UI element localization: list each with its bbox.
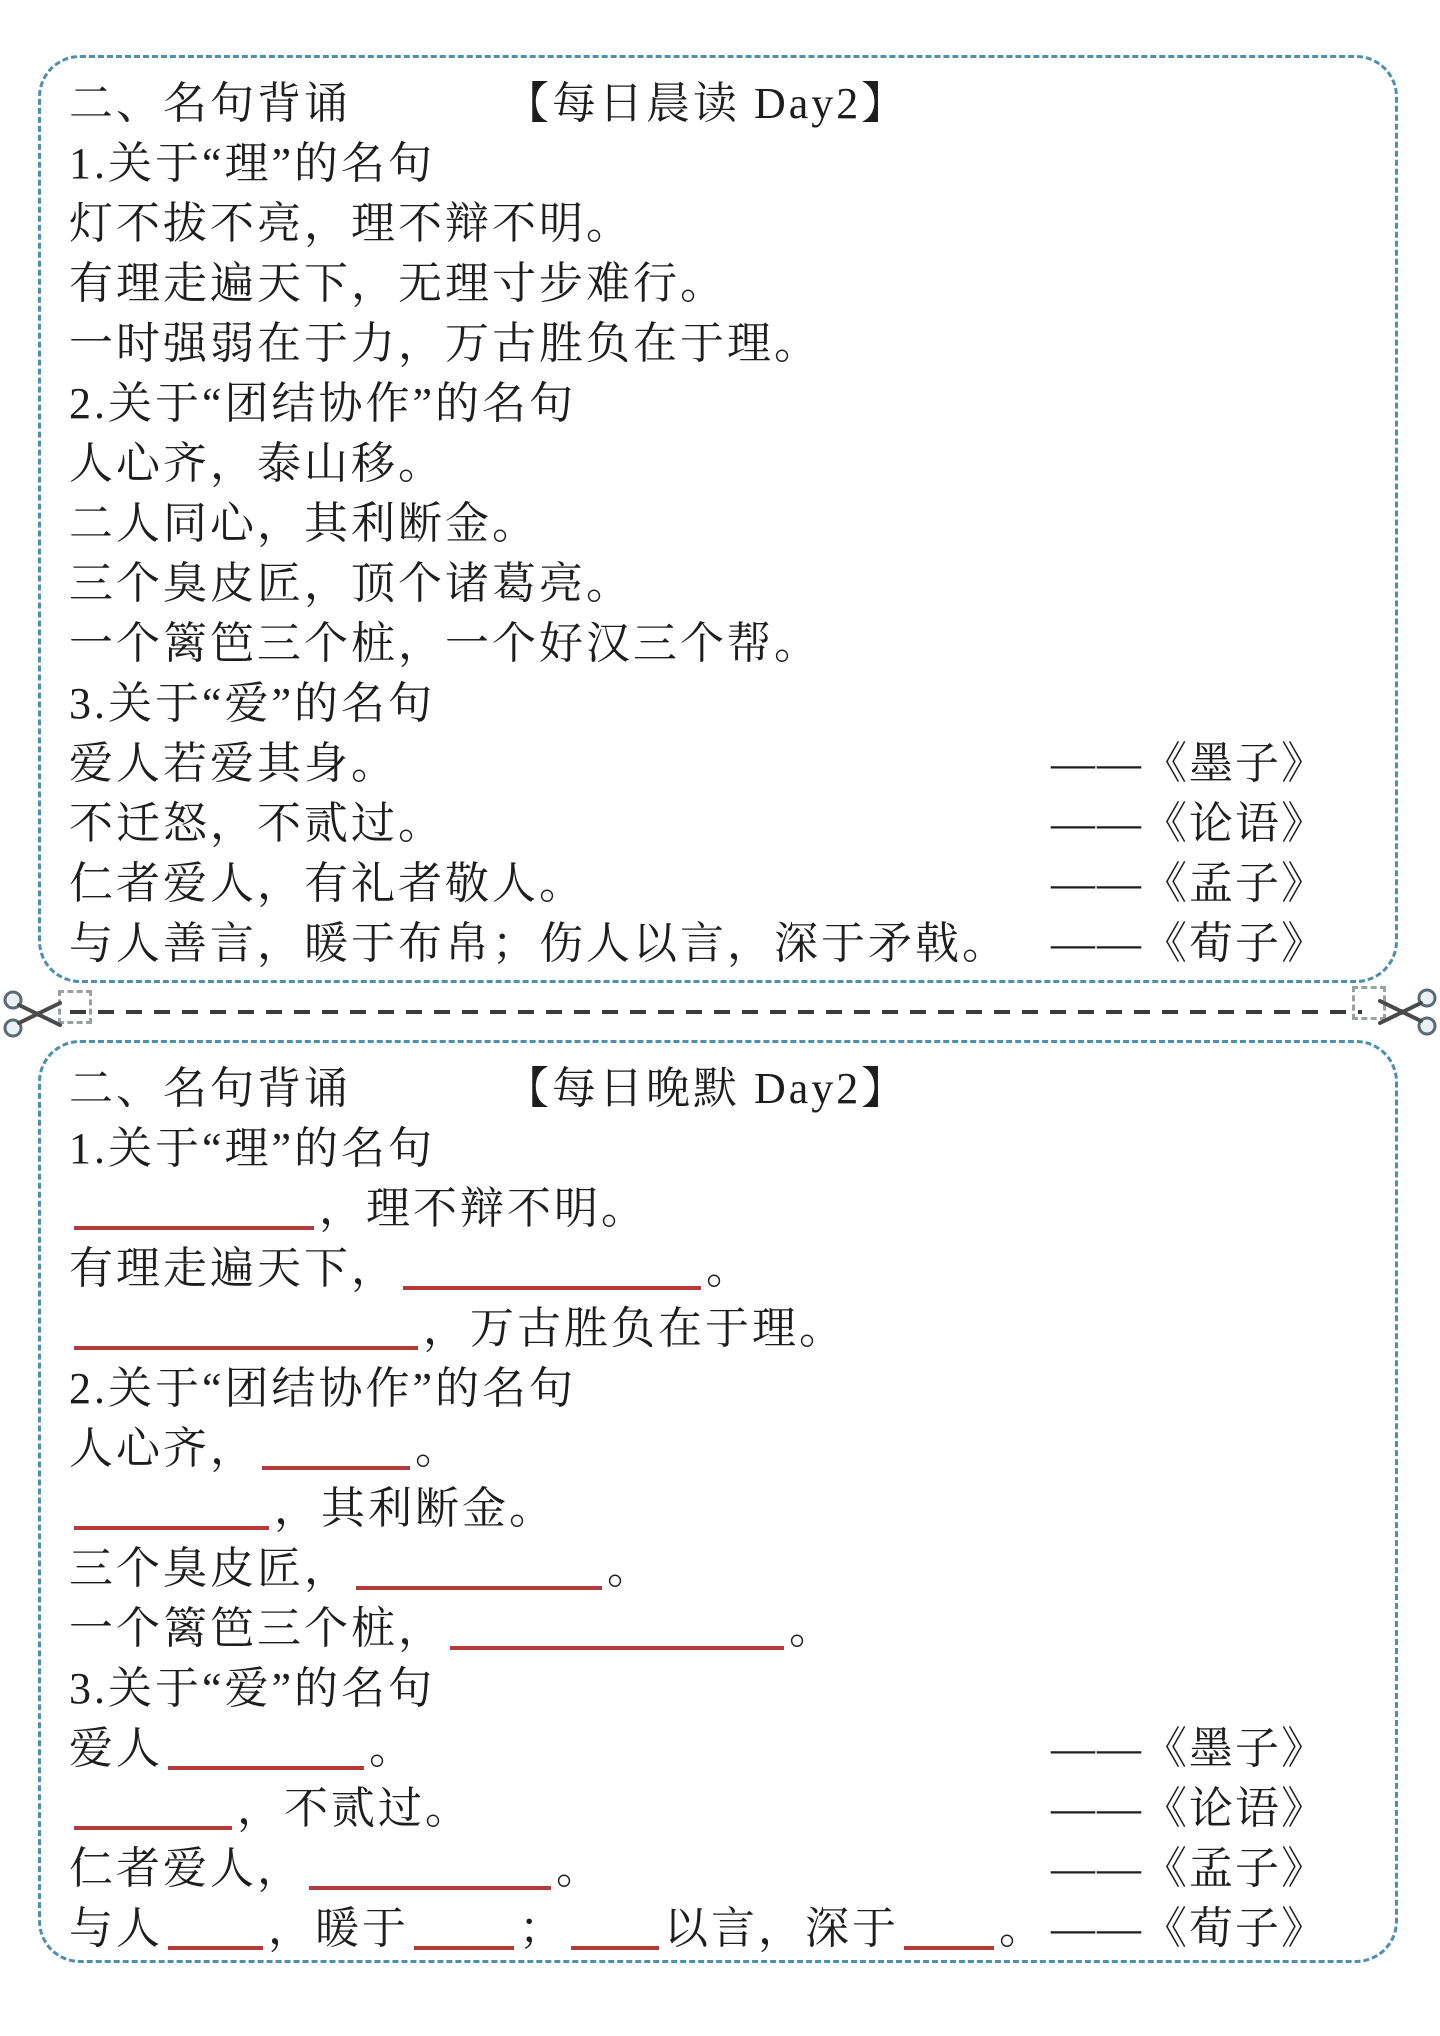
quote-line: 人心齐，泰山移。 [69, 434, 1359, 494]
quote-line: ，其利断金。 [69, 1479, 1359, 1539]
answer-blank [74, 1346, 418, 1350]
morning-reading-panel: 二、名句背诵 【每日晨读 Day2】 1.关于“理”的名句灯不拔不亮，理不辩不明… [38, 55, 1398, 983]
quote-text: ，理不辩不明。 [319, 1179, 648, 1239]
quote-text: ，不贰过。 [237, 1779, 472, 1839]
quote-text: 有理走遍天下，无理寸步难行。 [69, 254, 727, 314]
quote-text: 2.关于“团结协作”的名句 [69, 374, 576, 434]
quote-text: 仁者爱人，有礼者敬人。 [69, 854, 586, 914]
quote-line: 仁者爱人，。——《孟子》 [69, 1839, 1359, 1899]
answer-blank [74, 1826, 232, 1830]
answer-blank [168, 1766, 364, 1770]
quote-line: ，万古胜负在于理。 [69, 1299, 1359, 1359]
cut-dashed-line [70, 1010, 1362, 1014]
source-attribution: ——《论语》 [1051, 1779, 1327, 1839]
source-attribution: ——《孟子》 [1051, 1839, 1327, 1899]
quote-text: 3.关于“爱”的名句 [69, 674, 435, 734]
quote-line: 1.关于“理”的名句 [69, 134, 1359, 194]
quote-text: 二人同心，其利断金。 [69, 494, 539, 554]
answer-blank [904, 1946, 994, 1950]
quote-text: 1.关于“理”的名句 [69, 1119, 435, 1179]
answer-blank [168, 1946, 263, 1950]
quote-line: 3.关于“爱”的名句 [69, 1659, 1359, 1719]
evening-dictation-panel: 二、名句背诵 【每日晚默 Day2】 1.关于“理”的名句，理不辩不明。有理走遍… [38, 1040, 1398, 1963]
scissors-icon-left [2, 985, 66, 1043]
quote-text: 灯不拔不亮，理不辩不明。 [69, 194, 633, 254]
quote-line: 3.关于“爱”的名句 [69, 674, 1359, 734]
answer-blank [74, 1526, 269, 1530]
quote-line: 二人同心，其利断金。 [69, 494, 1359, 554]
quote-text: 有理走遍天下， [69, 1239, 398, 1299]
quote-text: 2.关于“团结协作”的名句 [69, 1359, 576, 1419]
quote-text: 一个篱笆三个桩， [69, 1599, 445, 1659]
quote-line: 仁者爱人，有礼者敬人。——《孟子》 [69, 854, 1359, 914]
answer-blank [262, 1466, 410, 1470]
quote-text: 。 [415, 1419, 462, 1479]
quote-line: 三个臭皮匠，。 [69, 1539, 1359, 1599]
quote-text: 。 [706, 1239, 753, 1299]
quote-line: 有理走遍天下，。 [69, 1239, 1359, 1299]
quote-line: 灯不拔不亮，理不辩不明。 [69, 194, 1359, 254]
quote-line: 三个臭皮匠，顶个诸葛亮。 [69, 554, 1359, 614]
quote-line: 1.关于“理”的名句 [69, 1119, 1359, 1179]
quote-line: 2.关于“团结协作”的名句 [69, 374, 1359, 434]
panel-header: 二、名句背诵 【每日晚默 Day2】 [69, 1059, 1359, 1119]
quote-line: 与人，暖于；以言，深于。——《荀子》 [69, 1899, 1359, 1959]
quote-text: 与人 [69, 1899, 163, 1959]
quote-line: 一个篱笆三个桩，一个好汉三个帮。 [69, 614, 1359, 674]
quote-text: 三个臭皮匠， [69, 1539, 351, 1599]
quote-text: ，万古胜负在于理。 [423, 1299, 846, 1359]
worksheet-page: 二、名句背诵 【每日晨读 Day2】 1.关于“理”的名句灯不拔不亮，理不辩不明… [0, 0, 1440, 2036]
day-tag: 【每日晨读 Day2】 [505, 74, 908, 134]
quote-text: 3.关于“爱”的名句 [69, 1659, 435, 1719]
quote-text: 不迁怒，不贰过。 [69, 794, 445, 854]
answer-blank [571, 1946, 659, 1950]
quote-line: 一个篱笆三个桩，。 [69, 1599, 1359, 1659]
day-tag: 【每日晚默 Day2】 [505, 1059, 908, 1119]
quote-line: 爱人。——《墨子》 [69, 1719, 1359, 1779]
quote-text: 以言，深于 [664, 1899, 899, 1959]
panel-header: 二、名句背诵 【每日晨读 Day2】 [69, 74, 1359, 134]
quote-text: 人心齐，泰山移。 [69, 434, 445, 494]
quote-text: 一个篱笆三个桩，一个好汉三个帮。 [69, 614, 821, 674]
source-attribution: ——《墨子》 [1051, 734, 1327, 794]
quote-line: 爱人若爱其身。——《墨子》 [69, 734, 1359, 794]
source-attribution: ——《孟子》 [1051, 854, 1327, 914]
quote-text: 一时强弱在于力，万古胜负在于理。 [69, 314, 821, 374]
source-attribution: ——《论语》 [1051, 794, 1327, 854]
quote-line: 有理走遍天下，无理寸步难行。 [69, 254, 1359, 314]
answer-blank [403, 1286, 701, 1290]
quote-text: 与人善言，暖于布帛；伤人以言，深于矛戟。 [69, 914, 1009, 974]
quote-text: 人心齐， [69, 1419, 257, 1479]
morning-quote-list: 1.关于“理”的名句灯不拔不亮，理不辩不明。有理走遍天下，无理寸步难行。一时强弱… [69, 134, 1359, 974]
answer-blank [414, 1946, 514, 1950]
quote-line: 一时强弱在于力，万古胜负在于理。 [69, 314, 1359, 374]
quote-line: 2.关于“团结协作”的名句 [69, 1359, 1359, 1419]
source-attribution: ——《墨子》 [1051, 1719, 1327, 1779]
quote-text: ； [519, 1899, 566, 1959]
source-attribution: ——《荀子》 [1051, 914, 1327, 974]
quote-text: 。 [556, 1839, 603, 1899]
quote-text: 爱人若爱其身。 [69, 734, 398, 794]
section-title: 二、名句背诵 [69, 1059, 351, 1119]
source-attribution: ——《荀子》 [1051, 1899, 1327, 1959]
quote-text: 。 [789, 1599, 836, 1659]
quote-text: 1.关于“理”的名句 [69, 134, 435, 194]
section-title: 二、名句背诵 [69, 74, 351, 134]
quote-text: ，暖于 [268, 1899, 409, 1959]
evening-quote-list: 1.关于“理”的名句，理不辩不明。有理走遍天下，。，万古胜负在于理。2.关于“团… [69, 1119, 1359, 1959]
quote-line: 人心齐，。 [69, 1419, 1359, 1479]
quote-line: 不迁怒，不贰过。——《论语》 [69, 794, 1359, 854]
answer-blank [356, 1586, 602, 1590]
scissors-icon-right [1374, 983, 1438, 1041]
quote-text: 。 [369, 1719, 416, 1779]
quote-text: 仁者爱人， [69, 1839, 304, 1899]
quote-text: 爱人 [69, 1719, 163, 1779]
quote-text: 。 [607, 1539, 654, 1599]
quote-text: 三个臭皮匠，顶个诸葛亮。 [69, 554, 633, 614]
answer-blank [309, 1886, 551, 1890]
answer-blank [74, 1226, 314, 1230]
answer-blank [450, 1646, 784, 1650]
quote-line: ，理不辩不明。 [69, 1179, 1359, 1239]
quote-text: 。 [999, 1899, 1046, 1959]
quote-text: ，其利断金。 [274, 1479, 556, 1539]
quote-line: ，不贰过。——《论语》 [69, 1779, 1359, 1839]
quote-line: 与人善言，暖于布帛；伤人以言，深于矛戟。——《荀子》 [69, 914, 1359, 974]
